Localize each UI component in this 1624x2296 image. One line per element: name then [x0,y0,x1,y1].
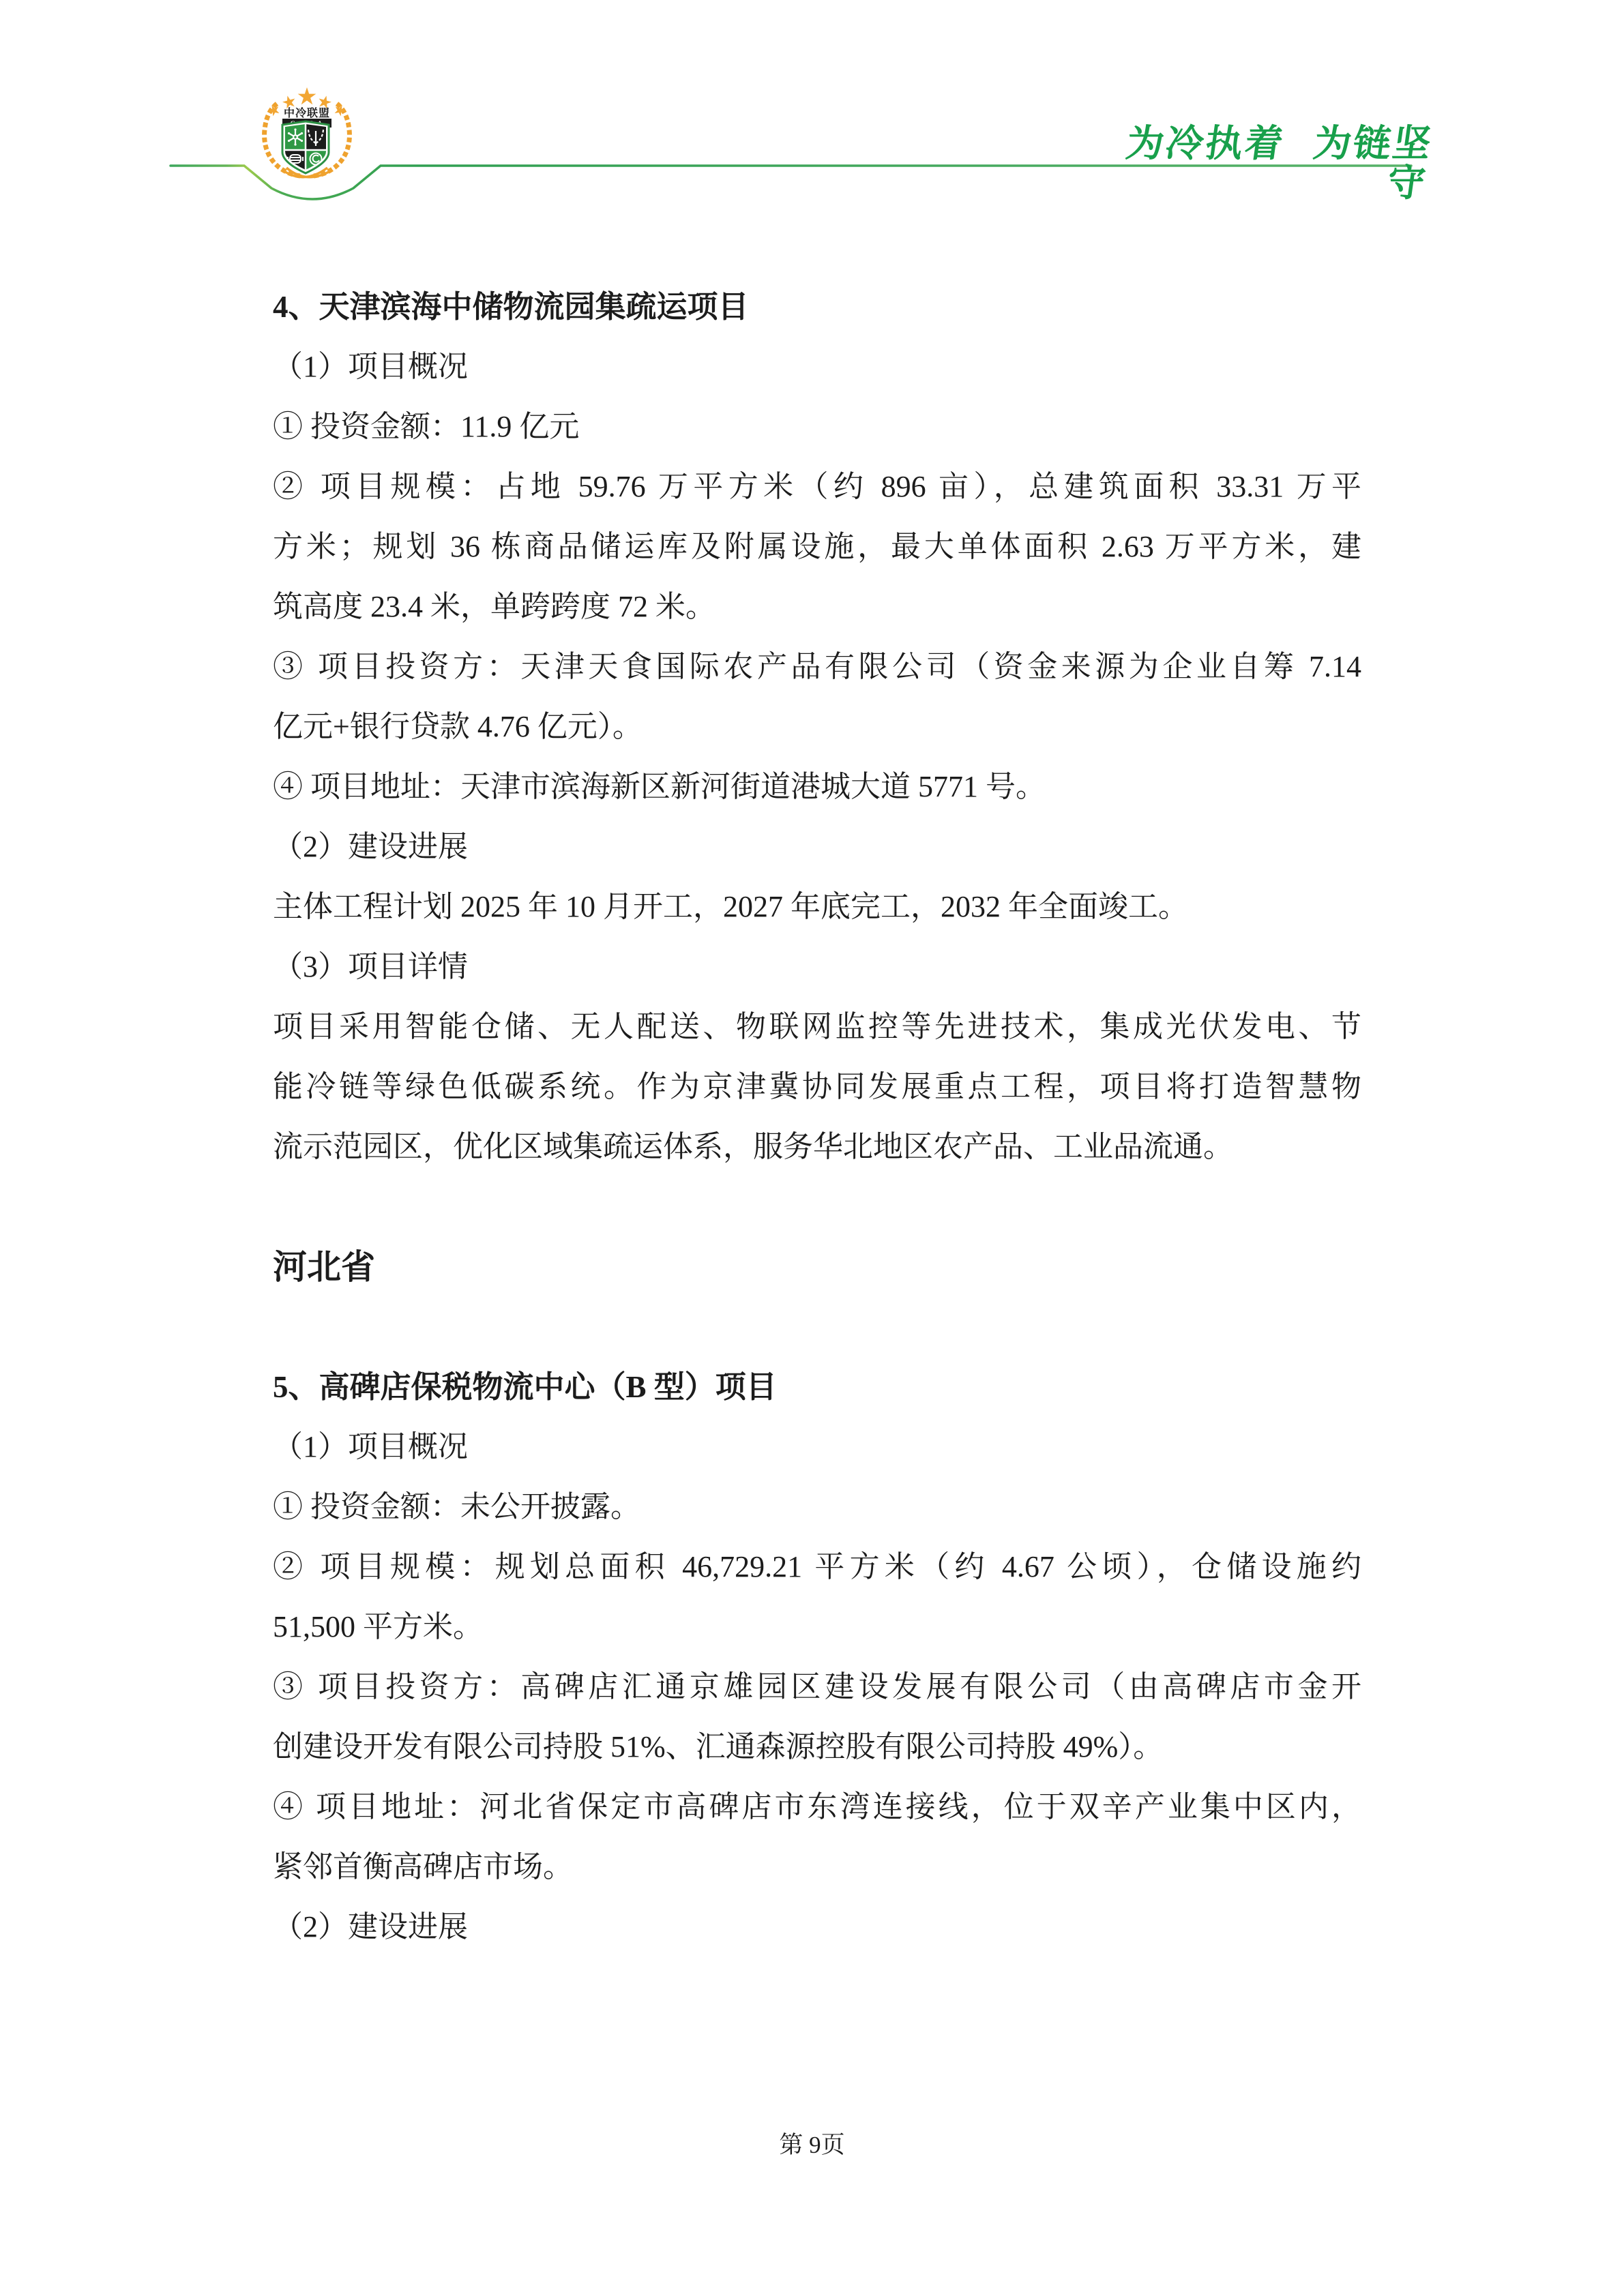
text-line: 创建设开发有限公司持股 51%、汇通森源控股有限公司持股 49%）。 [273,1717,1361,1777]
text-line: 方米；规划 36 栋商品储运库及附属设施，最大单体面积 2.63 万平方米，建 [273,517,1361,577]
brand-slogan: 为冷执着 为链坚守 [1109,124,1435,165]
text-line: 项目采用智能仓储、无人配送、物联网监控等先进技术，集成光伏发电、节 [273,997,1361,1057]
section-heading: 4、天津滨海中储物流园集疏运项目 [273,277,1361,337]
document-page: 中冷联盟 CCCA [0,0,1624,2296]
logo-org-cn: 中冷联盟 [284,106,330,119]
blank-line [273,1297,1361,1357]
text-line: 流示范园区，优化区域集疏运体系，服务华北地区农产品、工业品流通。 [273,1117,1361,1177]
text-line: （1）项目概况 [273,1417,1361,1477]
text-line: ④ 项目地址：天津市滨海新区新河街道港城大道 5771 号。 [273,757,1361,817]
text-line: ② 项目规模：规划总面积 46,729.21 平方米（约 4.67 公顷），仓储… [273,1537,1361,1597]
blank-line [273,1177,1361,1237]
text-line: （2）建设进展 [273,817,1361,877]
text-line: 51,500 平方米。 [273,1597,1361,1657]
text-line: 亿元+银行贷款 4.76 亿元）。 [273,697,1361,757]
text-line: （1）项目概况 [273,337,1361,397]
section-heading: 河北省 [273,1237,1361,1297]
text-line: ③ 项目投资方：天津天食国际农产品有限公司（资金来源为企业自筹 7.14 [273,637,1361,697]
page-number: 第 9页 [0,2125,1624,2166]
document-body: 4、天津滨海中储物流园集疏运项目（1）项目概况① 投资金额：11.9 亿元② 项… [273,277,1361,1957]
text-line: ② 项目规模：占地 59.76 万平方米（约 896 亩），总建筑面积 33.3… [273,457,1361,517]
section-heading: 5、高碑店保税物流中心（B 型）项目 [273,1357,1361,1417]
text-line: 主体工程计划 2025 年 10 月开工，2027 年底完工，2032 年全面竣… [273,877,1361,937]
ccca-logo: 中冷联盟 CCCA [258,87,353,190]
text-line: 筑高度 23.4 米，单跨跨度 72 米。 [273,577,1361,637]
text-line: （3）项目详情 [273,937,1361,997]
text-line: ① 投资金额：11.9 亿元 [273,397,1361,457]
text-line: （2）建设进展 [273,1897,1361,1957]
text-line: 紧邻首衡高碑店市场。 [273,1837,1361,1897]
text-line: ③ 项目投资方：高碑店汇通京雄园区建设发展有限公司（由高碑店市金开 [273,1657,1361,1717]
text-line: ④ 项目地址：河北省保定市高碑店市东湾连接线，位于双辛产业集中区内， [273,1777,1361,1837]
text-line: 能冷链等绿色低碳系统。作为京津冀协同发展重点工程，项目将打造智慧物 [273,1057,1361,1117]
text-line: ① 投资金额：未公开披露。 [273,1477,1361,1537]
